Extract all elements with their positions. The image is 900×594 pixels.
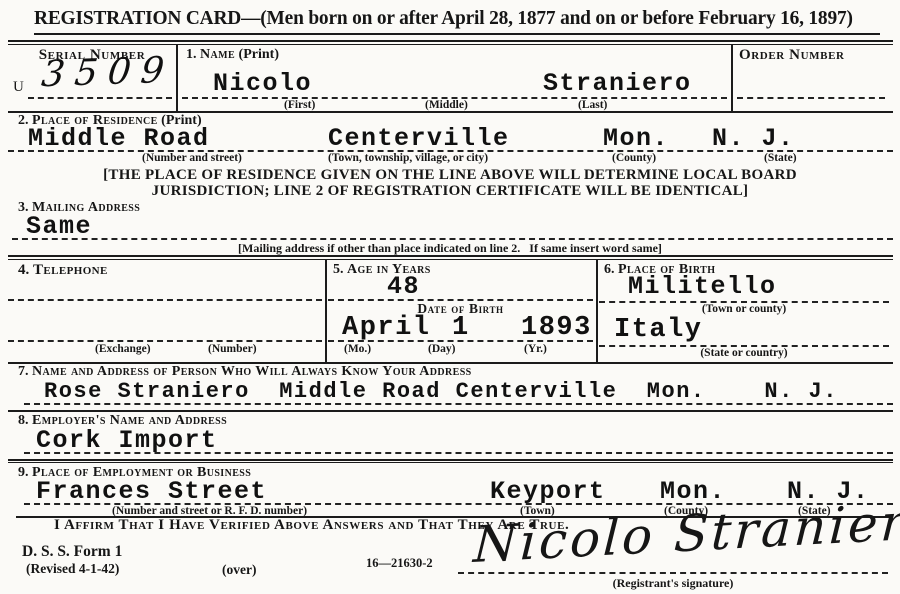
rule-sec7-bottom — [8, 410, 893, 412]
name-label-suffix: (Print) — [239, 47, 279, 62]
dob-entry-line — [328, 340, 593, 342]
caption-county: (County) — [612, 152, 656, 164]
form-revision: (Revised 4-1-42) — [26, 561, 119, 577]
residence-county-value: Mon. — [603, 124, 669, 153]
caption-mo: (Mo.) — [344, 343, 371, 355]
caption-middle: (Middle) — [425, 99, 468, 111]
divider-age-birth — [596, 260, 598, 362]
mailing-entry-line — [12, 238, 893, 240]
employment-town-value: Keyport — [490, 477, 606, 506]
rule-sec8-outer — [8, 459, 893, 461]
birth-country-value: Italy — [614, 315, 703, 345]
caption-number-street: (Number and street) — [142, 152, 242, 164]
order-entry-line — [737, 97, 885, 99]
contact-field-label: 7. Name and Address of Person Who Will A… — [18, 364, 472, 380]
employer-value: Cork Import — [36, 426, 218, 455]
mailing-caption: [Mailing address if other than place ind… — [0, 241, 900, 256]
order-number-label: Order Number — [739, 47, 845, 64]
caption-state: (State) — [764, 152, 797, 164]
telephone-label-num: 4. — [18, 262, 29, 278]
divider-serial-name — [176, 45, 178, 111]
name-label-num: 1. — [186, 47, 197, 62]
employer-entry-line — [24, 452, 893, 454]
residence-town-value: Centerville — [328, 124, 510, 153]
residence-state-value: N. J. — [712, 124, 795, 153]
caption-last: (Last) — [578, 99, 607, 111]
dob-day-value: 1 — [452, 313, 470, 343]
caption-town-township: (Town, township, village, or city) — [328, 152, 488, 164]
age-value: 48 — [387, 272, 420, 301]
form-number: D. S. S. Form 1 — [22, 543, 122, 561]
telephone-exchange-line — [8, 299, 322, 301]
name-label-text: Name — [200, 47, 235, 62]
dob-year-value: 1893 — [521, 313, 592, 343]
mailing-value: Same — [26, 212, 92, 241]
card-top-rule-outer — [8, 40, 893, 42]
name-last-value: Straniero — [543, 69, 692, 98]
caption-exchange: (Exchange) — [95, 343, 151, 355]
jurisdiction-note-line2: JURISDICTION; LINE 2 OF REGISTRATION CER… — [0, 183, 900, 200]
dob-month-value: April — [342, 313, 431, 343]
jurisdiction-note-line1: [THE PLACE OF RESIDENCE GIVEN ON THE LIN… — [0, 167, 900, 184]
divider-name-order — [731, 45, 733, 111]
signature-caption: (Registrant's signature) — [458, 576, 888, 591]
birth-label-num: 6. — [604, 262, 615, 277]
caption-number: (Number) — [208, 343, 257, 355]
caption-day: (Day) — [428, 343, 455, 355]
serial-prefix: U — [13, 79, 24, 96]
employment-label-num: 9. — [18, 465, 29, 480]
age-label-num: 5. — [333, 262, 344, 277]
contact-label-text: Name and Address of Person Who Will Alwa… — [32, 364, 472, 379]
rule-sec3-outer — [8, 255, 893, 257]
telephone-label-text: Telephone — [33, 262, 108, 278]
employment-county-value: Mon. — [660, 477, 726, 506]
residence-label-num: 2. — [18, 113, 29, 128]
telephone-number-line — [8, 340, 322, 342]
caption-yr: (Yr.) — [524, 343, 547, 355]
serial-entry-line — [28, 97, 172, 99]
over-note: (over) — [222, 562, 256, 578]
employment-street-value: Frances Street — [36, 477, 267, 506]
title-underline — [34, 33, 880, 35]
serial-number-value: 3509 — [40, 50, 177, 96]
rule-sec8-inner — [8, 462, 893, 463]
name-field-label: 1. Name (Print) — [186, 47, 279, 63]
rule-sec3-inner — [8, 259, 893, 260]
card-top-rule-inner — [8, 44, 893, 45]
telephone-field-label: 4. Telephone — [18, 262, 108, 279]
contact-label-num: 7. — [18, 364, 29, 379]
employer-label-num: 8. — [18, 413, 29, 428]
registration-card-title: REGISTRATION CARD—(Men born on or after … — [34, 7, 853, 30]
name-first-value: Nicolo — [213, 69, 312, 98]
birth-town-value: Militello — [628, 272, 777, 301]
signature-line — [458, 572, 888, 574]
contact-entry-line — [24, 403, 893, 405]
print-code: 16—21630-2 — [366, 556, 433, 571]
caption-town-or-county: (Town or county) — [599, 303, 889, 315]
caption-state-or-country: (State or country) — [599, 347, 889, 359]
residence-street-value: Middle Road — [28, 124, 210, 153]
registration-card: REGISTRATION CARD—(Men born on or after … — [0, 0, 900, 594]
caption-first: (First) — [284, 99, 315, 111]
contact-value: Rose Straniero Middle Road Centerville M… — [44, 379, 838, 404]
